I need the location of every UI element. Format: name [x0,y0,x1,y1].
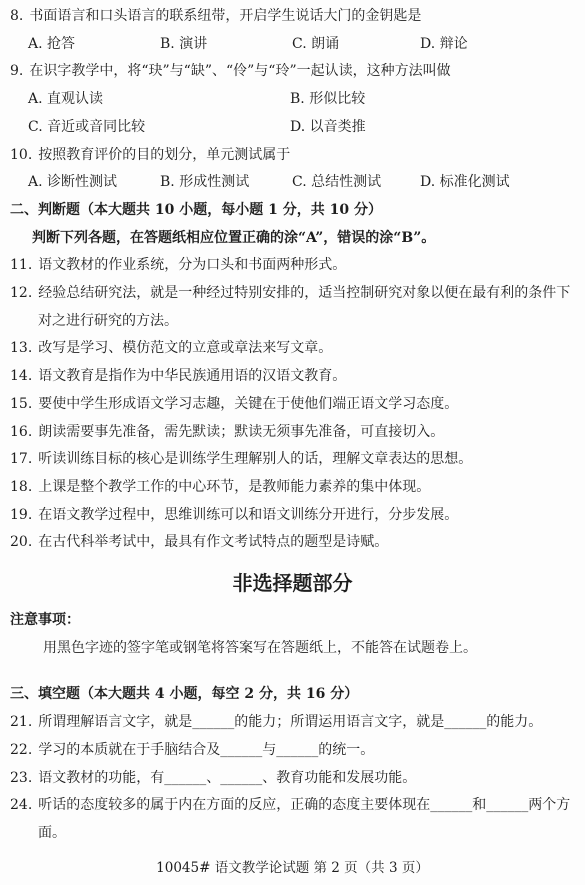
question-stem: 按照教育评价的目的划分，单元测试属于 [38,147,290,163]
option-c: C. 朗诵 [292,31,420,59]
option-d: D. 标准化测试 [420,169,575,197]
option-d: D. 辩论 [420,31,575,59]
question-number: 12. [10,285,32,301]
mc-options-9-row2: C. 音近或音同比较 D. 以音类推 [10,114,575,142]
question-number: 19. [10,507,32,523]
question-number: 15. [10,396,32,412]
question-number: 14. [10,368,32,384]
mc-question-9: 9.在识字教学中，将“玦”与“缺”、“伶”与“玲”一起认读，这种方法叫做 [10,58,575,86]
option-b: B. 形似比较 [290,86,575,114]
option-a: A. 抢答 [28,31,160,59]
tf-question-14: 14.语文教育是指作为中华民族通用语的汉语文教育。 [10,363,575,391]
tf-question-18: 18.上课是整个教学工作的中心环节，是教师能力素养的集中体现。 [10,474,575,502]
question-number: 22. [10,742,32,758]
question-text: 上课是整个教学工作的中心环节，是教师能力素养的集中体现。 [38,479,430,495]
mc-options-10: A. 诊断性测试 B. 形成性测试 C. 总结性测试 D. 标准化测试 [10,169,575,197]
question-text: 语文教材的功能，有______、______、教育功能和发展功能。 [38,770,416,786]
exam-paper-page: 8.书面语言和口头语言的联系纽带，开启学生说话大门的金钥匙是 A. 抢答 B. … [0,0,585,885]
page-footer: 10045# 语文教学论试题 第 2 页（共 3 页） [0,860,585,876]
tf-question-16: 16.朗读需要事先准备，需先默读；默读无须事先准备，可直接切入。 [10,419,575,447]
option-c: C. 总结性测试 [292,169,420,197]
tf-question-15: 15.要使中学生形成语文学习志趣，关键在于使他们端正语文学习态度。 [10,391,575,419]
question-text: 所谓理解语言文字，就是______的能力；所谓运用语言文字，就是______的能… [38,714,542,730]
question-text: 在语文教学过程中，思维训练可以和语文训练分开进行，分步发展。 [38,507,458,523]
fill-question-22: 22.学习的本质就在于手脑结合及______与______的统一。 [10,737,575,765]
mc-question-10: 10.按照教育评价的目的划分，单元测试属于 [10,142,575,170]
option-b: B. 演讲 [160,31,292,59]
question-number: 24. [10,797,32,813]
mc-options-9-row1: A. 直观认读 B. 形似比较 [10,86,575,114]
tf-question-12: 12.经验总结研究法，就是一种经过特别安排的，适当控制研究对象以便在最有利的条件… [10,280,575,335]
question-stem: 在识字教学中，将“玦”与“缺”、“伶”与“玲”一起认读，这种方法叫做 [29,63,450,79]
option-a: A. 诊断性测试 [28,169,160,197]
question-text: 朗读需要事先准备，需先默读；默读无须事先准备，可直接切入。 [38,424,444,440]
question-number: 23. [10,770,32,786]
question-text: 改写是学习、模仿范文的立意或章法来写文章。 [38,340,332,356]
section-heading-true-false: 二、判断题（本大题共 10 小题，每小题 1 分，共 10 分） [10,197,575,225]
question-number: 9. [10,63,23,79]
fill-question-23: 23.语文教材的功能，有______、______、教育功能和发展功能。 [10,765,575,793]
tf-question-13: 13.改写是学习、模仿范文的立意或章法来写文章。 [10,335,575,363]
section-divider-title: 非选择题部分 [10,569,575,597]
tf-question-17: 17.听读训练目标的核心是训练学生理解别人的话，理解文章表达的思想。 [10,446,575,474]
mc-options-8: A. 抢答 B. 演讲 C. 朗诵 D. 辩论 [10,31,575,59]
question-number: 13. [10,340,32,356]
question-number: 21. [10,714,32,730]
mc-question-8: 8.书面语言和口头语言的联系纽带，开启学生说话大门的金钥匙是 [10,3,575,31]
question-number: 11. [10,257,32,273]
notes-body: 用黑色字迹的签字笔或钢笔将答案写在答题纸上，不能答在试题卷上。 [10,635,575,663]
option-c: C. 音近或音同比较 [28,114,290,142]
question-text: 要使中学生形成语文学习志趣，关键在于使他们端正语文学习态度。 [38,396,458,412]
question-number: 18. [10,479,32,495]
question-number: 20. [10,534,32,550]
question-number: 17. [10,451,32,467]
question-text: 语文教材的作业系统，分为口头和书面两种形式。 [38,257,346,273]
question-text: 听话的态度较多的属于内在方面的反应，正确的态度主要体现在______和_____… [38,797,570,841]
option-a: A. 直观认读 [28,86,290,114]
section-heading-fill-blank: 三、填空题（本大题共 4 小题，每空 2 分，共 16 分） [10,681,575,709]
question-number: 16. [10,424,32,440]
tf-question-11: 11.语文教材的作业系统，分为口头和书面两种形式。 [10,252,575,280]
question-number: 10. [10,147,32,163]
question-text: 语文教育是指作为中华民族通用语的汉语文教育。 [38,368,346,384]
question-number: 8. [10,8,23,24]
tf-question-20: 20.在古代科举考试中，最具有作文考试特点的题型是诗赋。 [10,529,575,557]
notes-title: 注意事项： [10,607,575,635]
option-b: B. 形成性测试 [160,169,292,197]
fill-question-24: 24.听话的态度较多的属于内在方面的反应，正确的态度主要体现在______和__… [10,792,575,847]
question-text: 经验总结研究法，就是一种经过特别安排的，适当控制研究对象以便在最有利的条件下对之… [38,285,570,329]
question-text: 听读训练目标的核心是训练学生理解别人的话，理解文章表达的思想。 [38,451,472,467]
true-false-instruction: 判断下列各题，在答题纸相应位置正确的涂“A”，错误的涂“B”。 [10,225,575,253]
question-text: 在古代科举考试中，最具有作文考试特点的题型是诗赋。 [38,534,388,550]
question-text: 学习的本质就在于手脑结合及______与______的统一。 [38,742,374,758]
tf-question-19: 19.在语文教学过程中，思维训练可以和语文训练分开进行，分步发展。 [10,502,575,530]
option-d: D. 以音类推 [290,114,575,142]
question-stem: 书面语言和口头语言的联系纽带，开启学生说话大门的金钥匙是 [29,8,421,24]
fill-question-21: 21.所谓理解语言文字，就是______的能力；所谓运用语言文字，就是_____… [10,709,575,737]
